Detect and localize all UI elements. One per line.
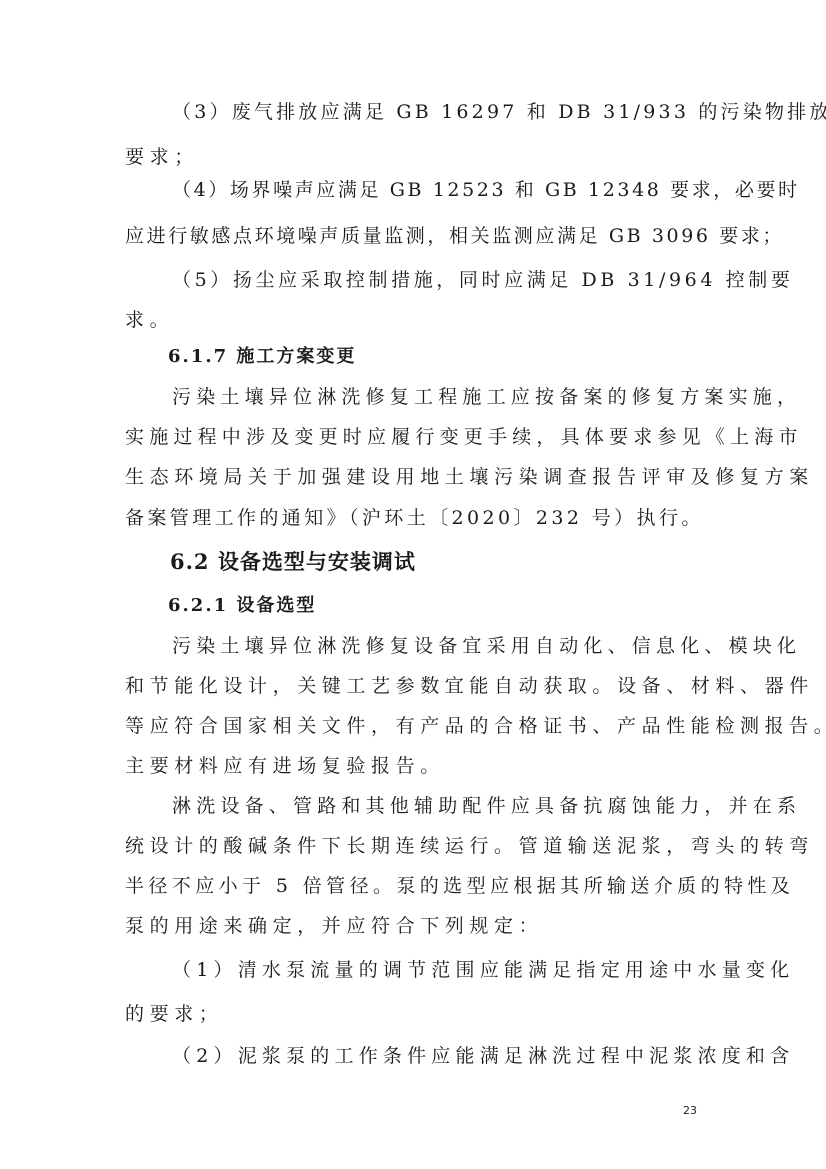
paragraph-line: 半径不应小于 5 倍管径。泵的选型应根据其所输送介质的特性及 bbox=[125, 873, 794, 899]
list-item-1: （1）清水泵流量的调节范围应能满足指定用途中水量变化 bbox=[172, 957, 794, 983]
paragraph-line: 求。 bbox=[125, 307, 174, 333]
paragraph-line: 应进行敏感点环境噪声质量监测，相关监测应满足 GB 3096 要求； bbox=[125, 223, 784, 249]
paragraph-line: 污染土壤异位淋洗修复设备宜采用自动化、信息化、模块化 bbox=[172, 633, 801, 659]
paragraph-line: 泵的用途来确定，并应符合下列规定： bbox=[125, 913, 543, 939]
list-item-4: （4）场界噪声应满足 GB 12523 和 GB 12348 要求，必要时 bbox=[172, 177, 800, 203]
paragraph-line: 淋洗设备、管路和其他辅助配件应具备抗腐蚀能力，并在系 bbox=[172, 793, 801, 819]
paragraph-line: 要求； bbox=[125, 144, 199, 170]
section-heading-6-2-1: 6.2.1 设备选型 bbox=[168, 593, 316, 619]
paragraph-line: 污染土壤异位淋洗修复工程施工应按备案的修复方案实施， bbox=[172, 384, 801, 410]
paragraph-line: 备案管理工作的通知》（沪环土〔2020〕232 号）执行。 bbox=[125, 505, 704, 531]
paragraph-line: 的要求； bbox=[125, 1001, 223, 1027]
list-item-5: （5）扬尘应采取控制措施，同时应满足 DB 31/964 控制要 bbox=[172, 267, 793, 293]
paragraph-line: 统设计的酸碱条件下长期连续运行。管道输送泥浆，弯头的转弯 bbox=[125, 833, 814, 859]
section-heading-6-2: 6.2 设备选型与安装调试 bbox=[170, 549, 416, 575]
list-item-2: （2）泥浆泵的工作条件应能满足淋洗过程中泥浆浓度和含 bbox=[172, 1043, 794, 1069]
paragraph-line: 主要材料应有进场复验报告。 bbox=[125, 753, 445, 779]
list-item-3: （3）废气排放应满足 GB 16297 和 DB 31/933 的污染物排放 bbox=[172, 99, 826, 125]
page-number: 23 bbox=[683, 1104, 697, 1117]
section-heading-6-1-7: 6.1.7 施工方案变更 bbox=[168, 344, 356, 370]
paragraph-line: 和节能化设计，关键工艺参数宜能自动获取。设备、材料、器件 bbox=[125, 673, 814, 699]
paragraph-line: 生态环境局关于加强建设用地土壤污染调查报告评审及修复方案 bbox=[125, 464, 814, 490]
paragraph-line: 等应符合国家相关文件，有产品的合格证书、产品性能检测报告。 bbox=[125, 713, 826, 739]
paragraph-line: 实施过程中涉及变更时应履行变更手续，具体要求参见《上海市 bbox=[125, 424, 803, 450]
